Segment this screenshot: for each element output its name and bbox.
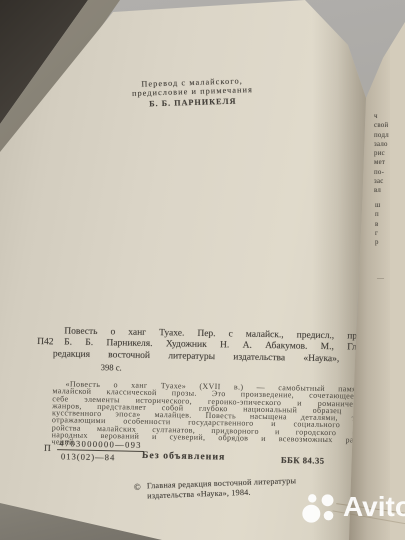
copyright-symbol: © [134,483,141,493]
bibliographic-record: П42 Повесть о ханг Туахе. Пер. с малайск… [37,326,379,378]
no-announcement-note: Без объявления [142,450,226,463]
adjacent-page-text-fragments: ч свой подл зало рис мет по- зас вл [374,112,389,196]
print-code-letter: П [44,444,51,454]
adjacent-page-text-fragments: ш п в г р [375,201,381,247]
copyright-notice: © Главная редакция восточной литературы … [134,476,297,501]
catalog-index: П42 [37,337,54,349]
imprint-page: ББК 84.35 П42 Перевод с малайского, пред… [0,0,405,540]
watermark-label: Avito [343,491,405,523]
adjacent-page-mark: — [377,274,384,282]
fraction-denominator: 013(02)—84 [57,450,144,463]
avito-logo-icon [296,488,340,526]
book-page-photo: ч свой подл зало рис мет по- зас вл ш п … [0,0,405,540]
translator-credit: Перевод с малайского, предисловие и прим… [100,75,286,111]
bbk-code: ББК 84.35 [281,455,325,466]
avito-watermark: Avito [296,488,405,526]
print-code-fraction: 4703000000—093 013(02)—84 [57,438,144,463]
print-code-block: П 4703000000—093 013(02)—84 Без объявлен… [44,437,345,471]
